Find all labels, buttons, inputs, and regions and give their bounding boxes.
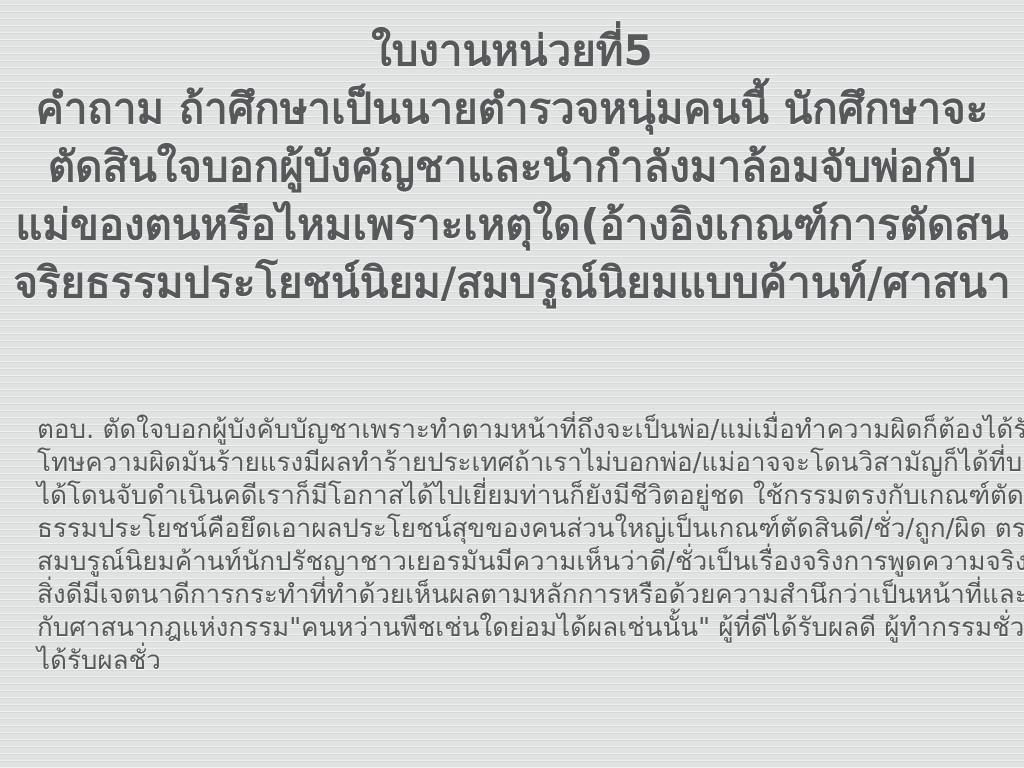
title-line-5: จริยธรรมประโยชน์นิยม/สมบรูณ์นิยมแบบค้านท… <box>0 254 1024 312</box>
body-line-2: โทษความผิดมันร้ายแรงมีผลทำร้ายประเทศถ้าเ… <box>37 447 998 480</box>
body-line-6: สิ่งดีมีเจตนาดีการกระทำที่ทำด้วยเห็นผลตา… <box>37 579 998 612</box>
body-line-5: สมบรูณ์นิยมค้านท์นักปรัชญาชาวเยอรมันมีคว… <box>37 546 998 579</box>
title-line-2: คำถาม ถ้าศึกษาเป็นนายตำรวจหนุ่มคนนี้ นัก… <box>0 80 1024 138</box>
title-line-1: ใบงานหน่วยที่5 <box>0 22 1024 80</box>
title-line-4: แม่ของตนหรือไหมเพราะเหตุใด(อ้างอิงเกณฑ์ก… <box>0 196 1024 254</box>
body-line-1: ตอบ. ตัดใจบอกผู้บังคับบัญชาเพราะทำตามหน้… <box>37 414 998 447</box>
title-line-3: ตัดสินใจบอกผู้บังคัญชาและนำกำลังมาล้อมจั… <box>0 138 1024 196</box>
presentation-slide: ใบงานหน่วยที่5 คำถาม ถ้าศึกษาเป็นนายตำรว… <box>0 0 1024 768</box>
body-line-8: ได้รับผลชั่ว <box>37 645 998 678</box>
body-line-3: ได้โดนจับดำเนินคดีเราก็มีโอกาสได้ไปเยี่ย… <box>37 480 998 513</box>
slide-body-text: ตอบ. ตัดใจบอกผู้บังคับบัญชาเพราะทำตามหน้… <box>37 414 998 678</box>
body-line-4: ธรรมประโยชน์คือยึดเอาผลประโยชน์สุขของคนส… <box>37 513 998 546</box>
slide-title: ใบงานหน่วยที่5 คำถาม ถ้าศึกษาเป็นนายตำรว… <box>0 22 1024 312</box>
body-line-7: กับศาสนากฎแห่งกรรม"คนหว่านพืชเช่นใดย่อมไ… <box>37 612 998 645</box>
